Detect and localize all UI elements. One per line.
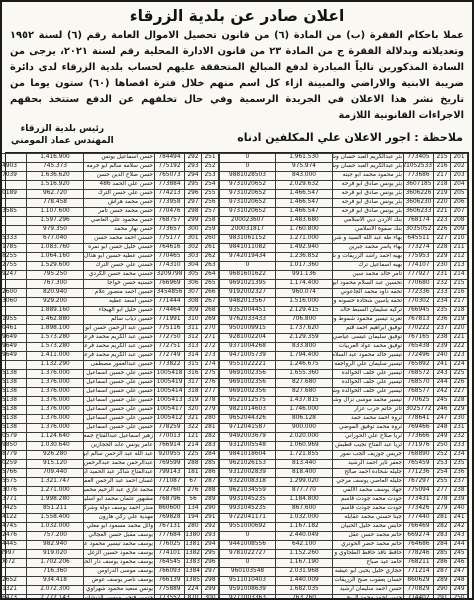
ref-no-cell: 293 xyxy=(185,163,202,172)
account-no-cell: 770465 xyxy=(155,253,185,262)
table-row: 241281777440جينا حسني محمد عقايله1.032.0… xyxy=(220,514,468,523)
name-cell: يوسف مقبل حسن العجالي xyxy=(84,532,155,541)
table-row: 231248769466ثروه محمد توفيق الموضي900.00… xyxy=(220,424,468,433)
name-cell: بهيه اسماعيل ترك xyxy=(333,262,404,271)
national-id-cell: 9352004451 xyxy=(220,307,276,316)
amount-cell: 1.573.280 xyxy=(27,343,84,352)
national-id-cell: 9762033433 xyxy=(220,316,276,325)
serial-cell: 205 xyxy=(451,190,468,199)
amount-cell: 1.794.400 xyxy=(276,352,333,361)
national-id-cell: 9731020652 xyxy=(220,190,276,199)
serial-cell: 266 xyxy=(202,289,219,298)
name-cell: تحفه داود محمد الجاعوني xyxy=(333,289,404,298)
national-id-cell: 9482013567 xyxy=(220,298,276,307)
name-cell: محمد غازي عبد الرحيم محميد و شركاه xyxy=(84,487,155,496)
account-no-cell: 771991 xyxy=(155,316,185,325)
amount-cell: 1.721.855 xyxy=(276,451,333,460)
table-row: 213230774107بهيه اسماعيل ترك1.017.3600 xyxy=(220,262,468,271)
table-row: 2062203606230بئر يونس صادق ابو فرحه1.466… xyxy=(220,199,468,208)
national-id-cell: 2001655138 xyxy=(0,379,27,388)
amount-cell: 1.889.160 xyxy=(27,307,84,316)
table-row: 20221621052533بئر عبدالكريم العبد حسان و… xyxy=(220,163,468,172)
name-cell: حسين علي حسين اسماعيل xyxy=(84,415,155,424)
amount-cell: 1.376.000 xyxy=(27,424,84,433)
table-row: 2643053209798حسني محمد حسن الكردي795.250… xyxy=(0,271,219,280)
national-id-cell: 9471005739 xyxy=(220,352,276,361)
name-cell: جعفر ثاير احمد الرشيد xyxy=(333,460,404,469)
serial-cell: 292 xyxy=(202,523,219,532)
national-id-cell: 9931024445 xyxy=(0,541,27,550)
national-id-cell: 9391009649 xyxy=(0,352,27,361)
ref-no-cell: 321 xyxy=(185,415,202,424)
name-cell: حسين احمد منصور علام xyxy=(84,289,155,298)
amount-cell: 1.236.852 xyxy=(276,253,333,262)
name-cell: حاتم محمد حسن عقل xyxy=(333,532,404,541)
table-row: 2072213606233بئر يونس صادق ابو فرحه1.466… xyxy=(220,208,468,217)
national-id-cell: 0 xyxy=(0,199,27,208)
account-no-cell: 1005414 xyxy=(155,388,185,397)
ref-no-cell: 221 xyxy=(434,208,451,217)
name-cell: جريس جوزيف الجب نمور xyxy=(333,451,404,460)
table-row: 251292784494حسن اسماعيل يونس1,416.9000 xyxy=(0,154,219,163)
amount-cell: 1.462.880 xyxy=(27,316,84,325)
account-no-cell: 769828 xyxy=(155,514,185,523)
amount-cell: 1.030.640 xyxy=(27,442,84,451)
account-no-cell: 3035052 xyxy=(404,226,434,235)
name-cell: حسين علي حسين اسماعيل xyxy=(84,388,155,397)
serial-cell: 203 xyxy=(451,172,468,181)
ref-no-cell: 276 xyxy=(185,487,202,496)
ref-no-cell: 1385 xyxy=(185,577,202,586)
national-id-cell: 200031817 xyxy=(220,226,276,235)
name-cell: حسن علي حسن الترك xyxy=(84,190,155,199)
name-cell: ثروه احمد محمد حمد xyxy=(333,415,404,424)
amount-cell: 1.060.969 xyxy=(276,442,333,451)
amount-cell: 2.031.968 xyxy=(276,568,333,577)
name-cell: حسين علي حسين اسماعيل xyxy=(84,397,155,406)
serial-cell: 215 xyxy=(451,280,468,289)
table-row: 249290770829حسن احمد سليمان ارشيد1.682.0… xyxy=(220,586,468,595)
table-row: 243283669274حاتم محمد حسن عقل2.440.0490 xyxy=(220,532,468,541)
serial-cell: 227 xyxy=(451,388,468,397)
ref-no-cell: 239 xyxy=(434,343,451,352)
name-cell: تيسير خالد محمود عبد السلام xyxy=(333,352,404,361)
ref-no-cell: 285 xyxy=(434,550,451,559)
table-row: 269310771991حسين ذياب سالم1.462.88096410… xyxy=(0,316,219,325)
account-no-cell: 768570 xyxy=(404,379,434,388)
account-no-cell: 860629 xyxy=(404,577,434,586)
ref-no-cell: 279 xyxy=(434,505,451,514)
account-no-cell: 774310 xyxy=(155,262,185,271)
amount-cell: 767.300 xyxy=(27,280,84,289)
serial-cell: 211 xyxy=(451,244,468,253)
national-id-cell: 9551000692 xyxy=(220,523,276,532)
account-no-cell: 1005413 xyxy=(155,397,185,406)
national-id-cell: 9631026473 xyxy=(0,595,27,600)
amount-cell: 1.064.160 xyxy=(27,253,84,262)
table-row: 218235766945تركيه سليمان السبط خالد2.129… xyxy=(220,307,468,316)
amount-cell: 1.299.020 xyxy=(276,478,333,487)
serial-cell: 213 xyxy=(451,262,468,271)
table-row: 232249773666ثريا صلاح علي الحوراني2.020.… xyxy=(220,433,468,442)
national-id-cell: 960103548 xyxy=(220,568,276,577)
ref-no-cell: 230 xyxy=(434,262,451,271)
name-cell: يوسف موسى الدراوس xyxy=(84,568,155,577)
account-no-cell: 776025 xyxy=(155,541,185,550)
table-row: 260301775177حسني احمد محمد حسن677.040927… xyxy=(0,235,219,244)
account-no-cell: 775177 xyxy=(155,235,185,244)
name-cell: حسن اسماعيل يونس xyxy=(84,154,155,163)
ref-no-cell: 319 xyxy=(185,397,202,406)
amount-cell: 1.746.000 xyxy=(276,406,333,415)
serial-cell: 255 xyxy=(202,190,219,199)
table-row: 203217773686بئر محمود محمد ابو جينه843.0… xyxy=(220,172,468,181)
account-no-cell: 773431 xyxy=(404,496,434,505)
table-row: 263304774310حسني علي حسن الترك1.529.6009… xyxy=(0,262,219,271)
national-id-cell: 9321003060 xyxy=(0,298,27,307)
serial-cell: 257 xyxy=(202,208,219,217)
amount-cell: 1.376.000 xyxy=(27,388,84,397)
table-row: 2951382774101يوسف محمود حسين الزغل919.02… xyxy=(0,550,219,559)
national-id-cell: 0 xyxy=(220,154,276,163)
ref-no-cell: 306 xyxy=(185,280,202,289)
name-cell: حسني خليل حسن ابو نمره xyxy=(84,244,155,253)
signature-name: المهندس عماد المومني xyxy=(11,136,114,148)
table-row: 285288769599عبدالرحمن محمد عبدالرحمن عبد… xyxy=(0,460,219,469)
ref-no-cell: 313 xyxy=(185,343,202,352)
name-cell: حسن صلاح الدين حسن xyxy=(84,172,155,181)
name-cell: حاتم محمد خضر الحوتري xyxy=(333,541,404,550)
serial-cell: 279 xyxy=(202,406,219,415)
table-row: 291194769828مهدية علي زكي هارون1.558.400… xyxy=(0,514,219,523)
amount-cell: 2.129.415 xyxy=(276,307,333,316)
ref-no-cell: 297 xyxy=(185,199,202,208)
name-cell: حسن احمد سليمان ارشيد xyxy=(333,586,404,595)
serial-cell: 214 xyxy=(451,271,468,280)
national-id-cell: 9731017425 xyxy=(0,505,27,514)
national-id-cell: 9621030259 xyxy=(0,460,27,469)
table-row: 282121770013زهير اسماعيل عبدالفتاح جمعه … xyxy=(0,433,219,442)
table-row: 246286768211حامد عيد صباح1.167.1900 xyxy=(220,559,468,568)
name-cell: جهاد يوسف محمد الالفي xyxy=(333,487,404,496)
national-id-cell: 9691021395 xyxy=(220,280,276,289)
name-cell: حسنيه حسن خواجا xyxy=(84,280,155,289)
account-no-cell: 774402 xyxy=(404,595,434,600)
amount-cell: 795.250 xyxy=(27,271,84,280)
national-id-cell: 9681014903 xyxy=(0,163,27,172)
table-row: 258299768757حسن محمود علي العاصي1.597.29… xyxy=(0,217,219,226)
ref-no-cell: 247 xyxy=(434,415,451,424)
table-row: 225243768572تيسير علي خلف الخوالده1.655.… xyxy=(220,370,468,379)
national-id-cell: 9501009915 xyxy=(220,325,276,334)
amount-cell: 1,416.900 xyxy=(27,154,84,163)
ref-no-cell: 870 xyxy=(185,595,202,600)
account-no-cell: 3025772 xyxy=(404,406,434,415)
name-cell: بنك صفوة الاسلامي xyxy=(333,226,404,235)
serial-cell: 256 xyxy=(202,199,219,208)
amount-cell: 1.466.547 xyxy=(276,208,333,217)
account-no-cell: 775953 xyxy=(404,253,434,262)
table-row: 240279773426جودت محمد جودت قاسم867.60099… xyxy=(220,505,468,514)
amount-cell: 1.760.800 xyxy=(276,226,333,235)
ref-no-cell: 225 xyxy=(185,451,202,460)
ref-no-cell: 277 xyxy=(434,487,451,496)
amount-cell: 1.107.600 xyxy=(27,208,84,217)
serial-cell: 246 xyxy=(451,559,468,568)
table-row: 2092263035052بنك صفوة الاسلامي1.760.8002… xyxy=(220,226,468,235)
ref-no-cell: 303 xyxy=(185,253,202,262)
ref-no-cell: 255 xyxy=(434,478,451,487)
taxpayers-table: 201215773405بئر عبدالكريم العبد حسان وشر… xyxy=(5,152,469,600)
table-row: 221238767165توفيق سليمان عيسى عياصي وشرك… xyxy=(220,334,468,343)
serial-cell: 278 xyxy=(202,397,219,406)
serial-cell: 287 xyxy=(202,478,219,487)
amount-cell: 706.800 xyxy=(276,316,333,325)
serial-cell: 294 xyxy=(202,541,219,550)
serial-cell: 242 xyxy=(451,523,468,532)
serial-cell: 297 xyxy=(202,568,219,577)
name-cell: بهاء طه عبد الله السيد و شريكته xyxy=(333,235,404,244)
table-row: 281322778259حسين علي حسين اسماعيل1.376.0… xyxy=(0,424,219,433)
name-cell: جليله شحاده احمد صالح xyxy=(333,469,404,478)
table-row: 208223768174بنك الاردن دبي الاسلامي1.483… xyxy=(220,217,468,226)
account-no-cell: 771976 xyxy=(404,442,434,451)
national-id-cell: 9601025575 xyxy=(0,478,27,487)
account-no-cell: 767813 xyxy=(404,316,434,325)
national-id-cell: 9391009649 xyxy=(0,343,27,352)
amount-cell: 991.136 xyxy=(276,271,333,280)
serial-cell: 300 xyxy=(202,595,219,600)
ref-no-cell: 237 xyxy=(434,325,451,334)
name-cell: غسان احمد عبد الرحمن العفيسي وشركاه xyxy=(84,478,155,487)
amount-cell: 1.032.000 xyxy=(27,523,84,532)
account-no-cell: 777440 xyxy=(404,514,434,523)
name-cell: حامد عيد صباح xyxy=(333,559,404,568)
signature-role: رئيس بلدية الزرقاء xyxy=(11,124,114,136)
name-cell: ثائر حاتم حرب عزار xyxy=(333,406,404,415)
account-no-cell: 765073 xyxy=(155,172,185,181)
account-no-cell: 765459 xyxy=(404,460,434,469)
table-row: 267308771444حسين اسعد عطيه929.2009321003… xyxy=(0,298,219,307)
table-row: 292280767131وائل محمد مسعود ابو مغلي1.03… xyxy=(0,523,219,532)
serial-cell: 274 xyxy=(202,361,219,370)
name-cell: حسن نهار محمد xyxy=(84,226,155,235)
table-row: 2763171005419حسين علي حسين اسماعيل1.376.… xyxy=(0,379,219,388)
table-row: 237255767297جليله العاصي يوسف مرجي1.299.… xyxy=(220,478,468,487)
account-no-cell: 773426 xyxy=(404,505,434,514)
serial-cell: 229 xyxy=(451,406,468,415)
ref-no-cell: 220 xyxy=(434,199,451,208)
serial-cell: 268 xyxy=(202,307,219,316)
ref-no-cell: 236 xyxy=(434,316,451,325)
table-row: 259300773657حسن نهار محمد979.3500 xyxy=(0,226,219,235)
ref-no-cell: 231 xyxy=(434,271,451,280)
ref-no-cell: 245 xyxy=(434,397,451,406)
amount-cell: 1.152.260 xyxy=(276,550,333,559)
serial-cell: 259 xyxy=(202,226,219,235)
account-no-cell: 1005418 xyxy=(155,370,185,379)
national-id-cell: 0 xyxy=(220,559,276,568)
table-row: 300870773552حسين فتحي موسى الديشاني2.772… xyxy=(0,595,219,600)
name-cell: حسين ذياب سالم xyxy=(84,316,155,325)
ref-no-cell: 233 xyxy=(434,289,451,298)
national-id-cell: 9511009247 xyxy=(0,271,27,280)
table-row: 230247778641ثروه احمد محمد حمد806.128965… xyxy=(220,415,468,424)
name-cell: حافظ نافذ حافظ الطحاوي و شريكته xyxy=(333,550,404,559)
ref-no-cell: 301 xyxy=(185,235,202,244)
serial-cell: 271 xyxy=(202,334,219,343)
ref-no-cell: 283 xyxy=(434,532,451,541)
name-cell: عبدالفتاح شاكر عبد الحميد ابو غربيه وشرك… xyxy=(84,469,155,478)
amount-cell: 2.072.300 xyxy=(27,586,84,595)
name-cell: حسين عبد الرحمن حسن ابو شتال xyxy=(84,325,155,334)
national-id-cell: 9211001785 xyxy=(0,244,27,253)
name-cell: حسن محمد حسن تامر xyxy=(84,208,155,217)
amount-cell: 827.680 xyxy=(276,379,333,388)
account-no-cell: 772751 xyxy=(155,343,185,352)
amount-cell: 2.029.632 xyxy=(276,181,333,190)
amount-cell: 1.184.800 xyxy=(276,496,333,505)
national-id-cell: 9401002652 xyxy=(0,577,27,586)
national-id-cell: 2001655138 xyxy=(0,397,27,406)
account-no-cell: 3209798 xyxy=(155,271,185,280)
amount-cell: 1.466.547 xyxy=(276,190,333,199)
national-id-cell: 9841018604 xyxy=(220,451,276,460)
table-row: 255296774213حسن علي حسن الترك962.7209221… xyxy=(0,190,219,199)
account-no-cell: 768572 xyxy=(404,370,434,379)
account-no-cell: 766139 xyxy=(155,577,185,586)
amount-cell: 813.440 xyxy=(276,460,333,469)
taxpayers-table-left-half: 251292784494حسن اسماعيل يونس1,416.900025… xyxy=(0,153,219,600)
table-row: 245285778246حافظ نافذ حافظ الطحاوي و شري… xyxy=(220,550,468,559)
ref-no-cell: 249 xyxy=(434,433,451,442)
amount-cell: 820.940 xyxy=(27,289,84,298)
name-cell: حسني عطيه حسين ابو هذال xyxy=(84,253,155,262)
national-id-cell: 9931045235 xyxy=(220,505,276,514)
amount-cell: 1.492.940 xyxy=(276,244,333,253)
national-id-cell: 0 xyxy=(0,280,27,289)
ref-no-cell: 194 xyxy=(185,514,202,523)
amount-cell: 1.124.640 xyxy=(27,433,84,442)
account-no-cell: 773405 xyxy=(404,154,434,163)
national-id-cell: 9221000189 xyxy=(0,190,27,199)
amount-cell: 926.280 xyxy=(27,451,84,460)
serial-cell: 221 xyxy=(451,334,468,343)
serial-cell: 238 xyxy=(451,487,468,496)
name-cell: بئر عبدالكريم العبد حسان وشريكه عز xyxy=(333,154,404,163)
account-no-cell: 773552 xyxy=(155,595,185,600)
national-id-cell: 9911032600 xyxy=(0,289,27,298)
account-no-cell: 775889 xyxy=(155,586,185,595)
amount-cell: 1.376.000 xyxy=(27,406,84,415)
name-cell: حسين عبد الكريم محمد فرعون xyxy=(84,343,155,352)
amount-cell: 1.437.815 xyxy=(276,397,333,406)
national-id-cell: 9311002755 xyxy=(0,262,27,271)
account-no-cell: 645511 xyxy=(404,235,434,244)
ref-no-cell: 316 xyxy=(185,370,202,379)
amount-cell: 1.376.000 xyxy=(27,370,84,379)
serial-cell: 252 xyxy=(202,163,219,172)
table-row: 224241765892تيسير سليمان علي الرواجفه1.2… xyxy=(220,361,468,370)
national-id-cell: 9312005548 xyxy=(220,442,276,451)
account-no-cell: 3606230 xyxy=(404,199,434,208)
account-no-cell: 767131 xyxy=(155,523,185,532)
amount-cell: 1.271.000 xyxy=(276,235,333,244)
serial-cell: 201 xyxy=(451,154,468,163)
ref-no-cell: 217 xyxy=(434,172,451,181)
ref-no-cell: 223 xyxy=(434,217,451,226)
national-id-cell: 2001655138 xyxy=(0,370,27,379)
national-id-cell: 0 xyxy=(0,568,27,577)
name-cell: بهيه احمد راشد الزريقات و شركاها xyxy=(333,253,404,262)
ref-no-cell: 302 xyxy=(185,244,202,253)
table-row: 271312772750حسين عبد الكريم محمد فرعون1.… xyxy=(0,334,219,343)
amount-cell: 1.376.000 xyxy=(27,379,84,388)
name-cell: حسني علي حسن الترك xyxy=(84,262,155,271)
serial-cell: 269 xyxy=(202,316,219,325)
ref-no-cell: 311 xyxy=(185,325,202,334)
ref-no-cell: 248 xyxy=(434,424,451,433)
serial-cell: 222 xyxy=(451,343,468,352)
name-cell: تيسير علي خلف الخوالده وشركاه xyxy=(333,388,404,397)
account-no-cell: 770625 xyxy=(404,397,434,406)
national-id-cell: 9681601622 xyxy=(220,271,276,280)
table-row: 235253765459جعفر ثاير احمد الرشيد813.440… xyxy=(220,460,468,469)
serial-cell: 289 xyxy=(202,496,219,505)
amount-cell: 1.376.000 xyxy=(27,415,84,424)
account-no-cell: 669274 xyxy=(404,532,434,541)
serial-cell: 296 xyxy=(202,559,219,568)
name-cell: تغريد تيسير محمود شموط وشركاها xyxy=(333,316,404,325)
national-id-cell: 9571013585 xyxy=(0,208,27,217)
table-row: 2971384766093يوسف موسى الدراوس716.3600 xyxy=(0,568,219,577)
amount-cell: 1.529.600 xyxy=(27,262,84,271)
national-id-cell: 9192002327 xyxy=(220,289,276,298)
table-row: 244284764686حاتم محمد خضر الحوتري642.100… xyxy=(220,541,468,550)
amount-cell: 1.271.000 xyxy=(27,487,84,496)
account-no-cell: 770013 xyxy=(155,433,185,442)
name-cell: تامر خالد محمد سين xyxy=(333,271,404,280)
name-cell: تيسير علي خلف الخوالده xyxy=(333,379,404,388)
ref-no-cell: 218 xyxy=(434,181,451,190)
amount-cell: 1.737.620 xyxy=(276,325,333,334)
serial-cell: 272 xyxy=(202,343,219,352)
national-id-cell: 9731020652 xyxy=(220,181,276,190)
amount-cell: 1.636.620 xyxy=(27,172,84,181)
amount-cell: 677.040 xyxy=(27,235,84,244)
serial-cell: 225 xyxy=(451,370,468,379)
ref-no-cell: 229 xyxy=(434,253,451,262)
serial-cell: 262 xyxy=(202,253,219,262)
ref-no-cell: 134 xyxy=(185,505,202,514)
amount-cell: 1.132.290 xyxy=(27,361,84,370)
account-no-cell: 920955 xyxy=(155,451,185,460)
ref-no-cell: 216 xyxy=(434,163,451,172)
serial-cell: 284 xyxy=(202,451,219,460)
table-row: 257298770476حسن محمد حسن تامر1.107.60095… xyxy=(0,208,219,217)
ref-no-cell: 227 xyxy=(434,235,451,244)
name-cell: جليله العاصي يوسف مرجي xyxy=(333,478,404,487)
national-id-cell: 2001655138 xyxy=(0,388,27,397)
national-id-cell: 9511010403 xyxy=(220,577,276,586)
account-no-cell: 771444 xyxy=(155,298,185,307)
amount-cell: 982.940 xyxy=(27,541,84,550)
national-id-cell: 9731020652 xyxy=(220,208,276,217)
amount-cell: 833.800 xyxy=(276,343,333,352)
account-no-cell: 764545 xyxy=(155,559,185,568)
serial-cell: 212 xyxy=(451,253,468,262)
national-id-cell: 0 xyxy=(0,154,27,163)
